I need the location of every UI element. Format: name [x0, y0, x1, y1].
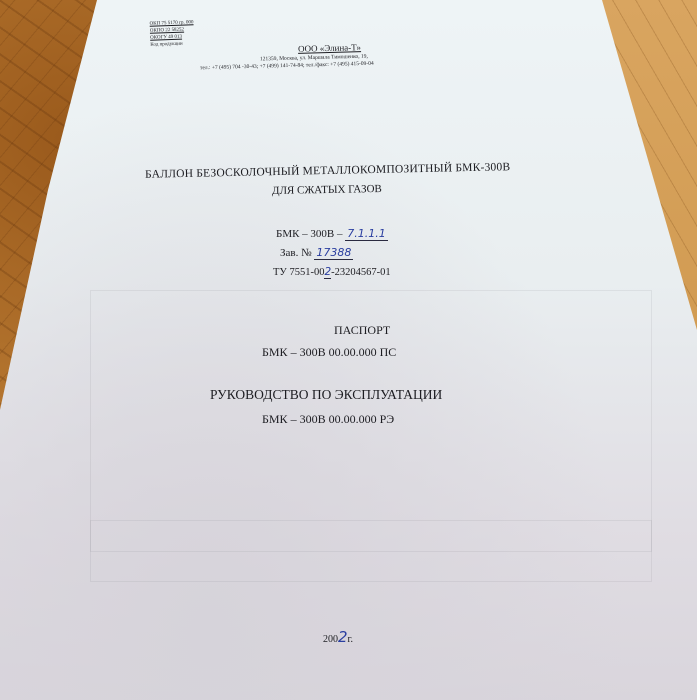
section-code-passport: БМК – 300В 00.00.000 ПС — [262, 345, 396, 360]
serial-number-field: Зав. № 17388 — [280, 246, 353, 259]
year-prefix: 200 — [323, 634, 338, 645]
classification-codes: ОКП 75 5170 гр. 000 ОКПО 22 58252 ОКОГУ … — [150, 19, 195, 49]
section-heading-passport: ПАСПОРТ — [334, 323, 390, 338]
company-phones: тел.: +7 (495) 704 -30-43; +7 (499) 141-… — [200, 61, 374, 72]
year-suffix: г. — [348, 634, 353, 645]
product-title: БАЛЛОН БЕЗОСКОЛОЧНЫЙ МЕТАЛЛОКОМПОЗИТНЫЙ … — [145, 161, 510, 181]
section-code-manual: БМК – 300В 00.00.000 РЭ — [262, 412, 394, 427]
document-content: ОКП 75 5170 гр. 000 ОКПО 22 58252 ОКОГУ … — [0, 0, 697, 700]
product-subtitle: ДЛЯ СЖАТЫХ ГАЗОВ — [272, 183, 382, 197]
serial-label: Зав. № — [280, 247, 312, 259]
tu-code: ТУ 7551-002-23204567-01 — [273, 266, 391, 278]
code-product: Код продукции — [150, 40, 194, 49]
model-field: БМК – 300В – 7.1.1.1 — [276, 227, 388, 240]
show-through-table-grid — [90, 520, 652, 582]
company-name: ООО «Элина-Т» — [298, 42, 361, 54]
year-handwritten-digit: 2 — [338, 628, 348, 646]
tu-prefix: ТУ 7551-00 — [273, 267, 324, 278]
model-label: БМК – 300В – — [276, 228, 343, 240]
model-handwritten-value: 7.1.1.1 — [345, 227, 387, 241]
serial-handwritten-value: 17388 — [314, 246, 353, 260]
tu-suffix: -23204567-01 — [331, 267, 391, 278]
document-year: 2002г. — [323, 628, 353, 646]
section-heading-manual: РУКОВОДСТВО ПО ЭКСПЛУАТАЦИИ — [210, 387, 442, 403]
